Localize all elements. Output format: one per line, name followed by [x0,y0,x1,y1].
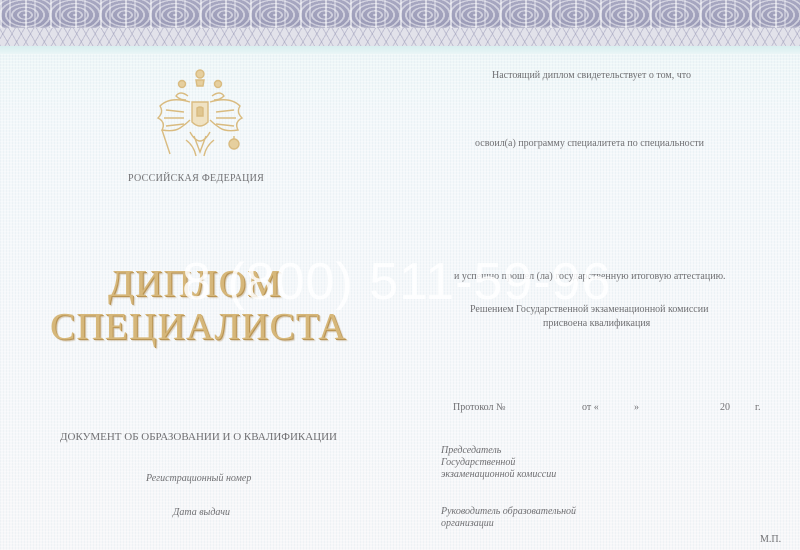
document-type-label: ДОКУМЕНТ ОБ ОБРАЗОВАНИИ И О КВАЛИФИКАЦИИ [60,431,337,443]
russian-coat-of-arms-icon [150,66,250,168]
certifies-text: Настоящий диплом свидетельствует о том, … [492,70,691,81]
issue-date-label: Дата выдачи [173,507,230,518]
protocol-year-prefix: 20 [720,402,730,413]
protocol-label: Протокол № [453,402,506,413]
chairman-label-line2: Государственной [441,457,515,468]
mastered-program-text: освоил(а) программу специалитета по спец… [475,138,704,149]
guilloche-border [0,0,800,46]
diploma-page: РОССИЙСКАЯ ФЕДЕРАЦИЯ ДИПЛОМ СПЕЦИАЛИСТА … [0,0,800,550]
protocol-date-from: от « [582,402,599,413]
decorative-band [0,46,800,54]
chairman-label-line1: Председатель [441,445,501,456]
registration-number-label: Регистрационный номер [146,473,251,484]
head-label-line1: Руководитель образовательной [441,506,576,517]
phone-watermark: 8 (800) 511-59-96 [182,252,611,312]
protocol-year-suffix: г. [755,402,760,413]
head-label-line2: организации [441,518,494,529]
protocol-date-quote: » [634,402,639,413]
chairman-label-line3: экзаменационной комиссии [441,469,556,480]
qualification-awarded-text: присвоена квалификация [543,318,650,329]
country-label: РОССИЙСКАЯ ФЕДЕРАЦИЯ [128,173,264,184]
seal-place-label: М.П. [760,534,781,545]
